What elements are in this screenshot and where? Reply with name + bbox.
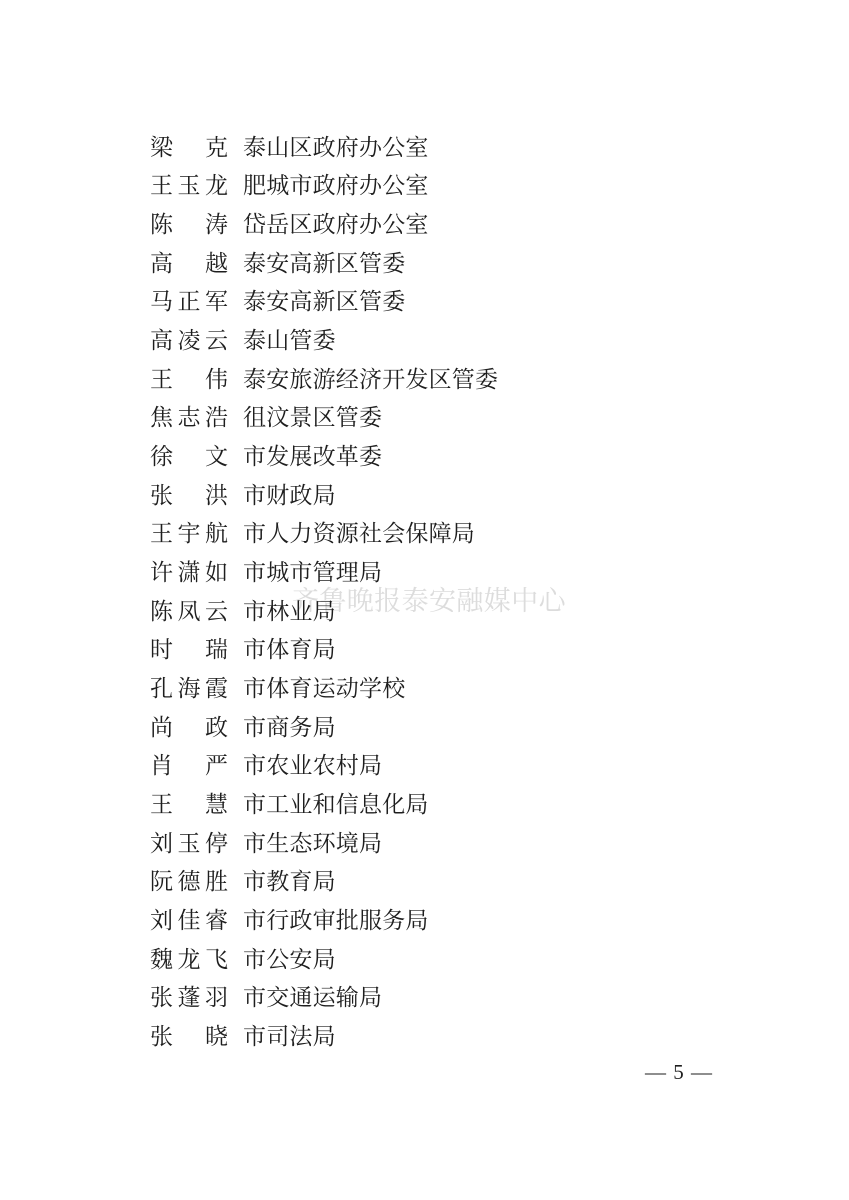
person-name: 王宇航 [150,515,228,548]
person-name: 梁克 [150,129,228,162]
organization-name: 市财政局 [243,477,336,510]
name-org-list: 梁克 泰山区政府办公室 王玉龙 肥城市政府办公室 陈涛 岱岳区政府办公室 高越 … [150,126,498,1054]
page-number: — 5 — [645,1060,713,1085]
person-name: 张洪 [150,477,228,510]
organization-name: 泰安高新区管委 [243,283,405,316]
person-name: 孔海霞 [150,670,228,703]
list-item: 许潇如 市城市管理局 [150,551,498,590]
list-item: 焦志浩 徂汶景区管委 [150,397,498,436]
person-name: 阮德胜 [150,863,228,896]
person-name: 徐文 [150,438,228,471]
organization-name: 市商务局 [243,709,336,742]
person-name: 王玉龙 [150,167,228,200]
list-item: 张晓 市司法局 [150,1015,498,1054]
person-name: 许潇如 [150,554,228,587]
organization-name: 市工业和信息化局 [243,786,429,819]
person-name: 张晓 [150,1018,228,1051]
person-name: 焦志浩 [150,399,228,432]
person-name: 高凌云 [150,322,228,355]
person-name: 时瑞 [150,631,228,664]
organization-name: 市农业农村局 [243,747,382,780]
organization-name: 泰山区政府办公室 [243,129,429,162]
list-item: 尚政 市商务局 [150,706,498,745]
organization-name: 市林业局 [243,593,336,626]
list-item: 孔海霞 市体育运动学校 [150,667,498,706]
list-item: 王伟 泰安旅游经济开发区管委 [150,358,498,397]
organization-name: 肥城市政府办公室 [243,167,429,200]
list-item: 梁克 泰山区政府办公室 [150,126,498,165]
list-item: 刘佳睿 市行政审批服务局 [150,899,498,938]
document-page: 齐鲁晚报泰安融媒中心 梁克 泰山区政府办公室 王玉龙 肥城市政府办公室 陈涛 岱… [0,0,849,1200]
list-item: 时瑞 市体育局 [150,629,498,668]
person-name: 刘玉停 [150,825,228,858]
organization-name: 市人力资源社会保障局 [243,515,475,548]
list-item: 陈涛 岱岳区政府办公室 [150,203,498,242]
organization-name: 市城市管理局 [243,554,382,587]
person-name: 尚政 [150,709,228,742]
organization-name: 泰山管委 [243,322,336,355]
person-name: 王伟 [150,361,228,394]
list-item: 王宇航 市人力资源社会保障局 [150,513,498,552]
person-name: 魏龙飞 [150,941,228,974]
list-item: 肖严 市农业农村局 [150,745,498,784]
person-name: 高越 [150,245,228,278]
list-item: 高越 泰安高新区管委 [150,242,498,281]
person-name: 张蓬羽 [150,979,228,1012]
organization-name: 市发展改革委 [243,438,382,471]
person-name: 肖严 [150,747,228,780]
organization-name: 徂汶景区管委 [243,399,382,432]
list-item: 张蓬羽 市交通运输局 [150,976,498,1015]
list-item: 马正军 泰安高新区管委 [150,281,498,320]
list-item: 阮德胜 市教育局 [150,860,498,899]
list-item: 徐文 市发展改革委 [150,435,498,474]
list-item: 陈凤云 市林业局 [150,590,498,629]
person-name: 陈涛 [150,206,228,239]
organization-name: 市体育局 [243,631,336,664]
person-name: 马正军 [150,283,228,316]
list-item: 王慧 市工业和信息化局 [150,783,498,822]
organization-name: 市生态环境局 [243,825,382,858]
person-name: 王慧 [150,786,228,819]
list-item: 高凌云 泰山管委 [150,319,498,358]
organization-name: 市交通运输局 [243,979,382,1012]
organization-name: 泰安高新区管委 [243,245,405,278]
list-item: 王玉龙 肥城市政府办公室 [150,165,498,204]
person-name: 刘佳睿 [150,902,228,935]
organization-name: 市公安局 [243,941,336,974]
organization-name: 泰安旅游经济开发区管委 [243,361,498,394]
person-name: 陈凤云 [150,593,228,626]
organization-name: 市司法局 [243,1018,336,1051]
organization-name: 市教育局 [243,863,336,896]
list-item: 魏龙飞 市公安局 [150,938,498,977]
organization-name: 岱岳区政府办公室 [243,206,429,239]
organization-name: 市行政审批服务局 [243,902,429,935]
list-item: 张洪 市财政局 [150,474,498,513]
organization-name: 市体育运动学校 [243,670,405,703]
list-item: 刘玉停 市生态环境局 [150,822,498,861]
